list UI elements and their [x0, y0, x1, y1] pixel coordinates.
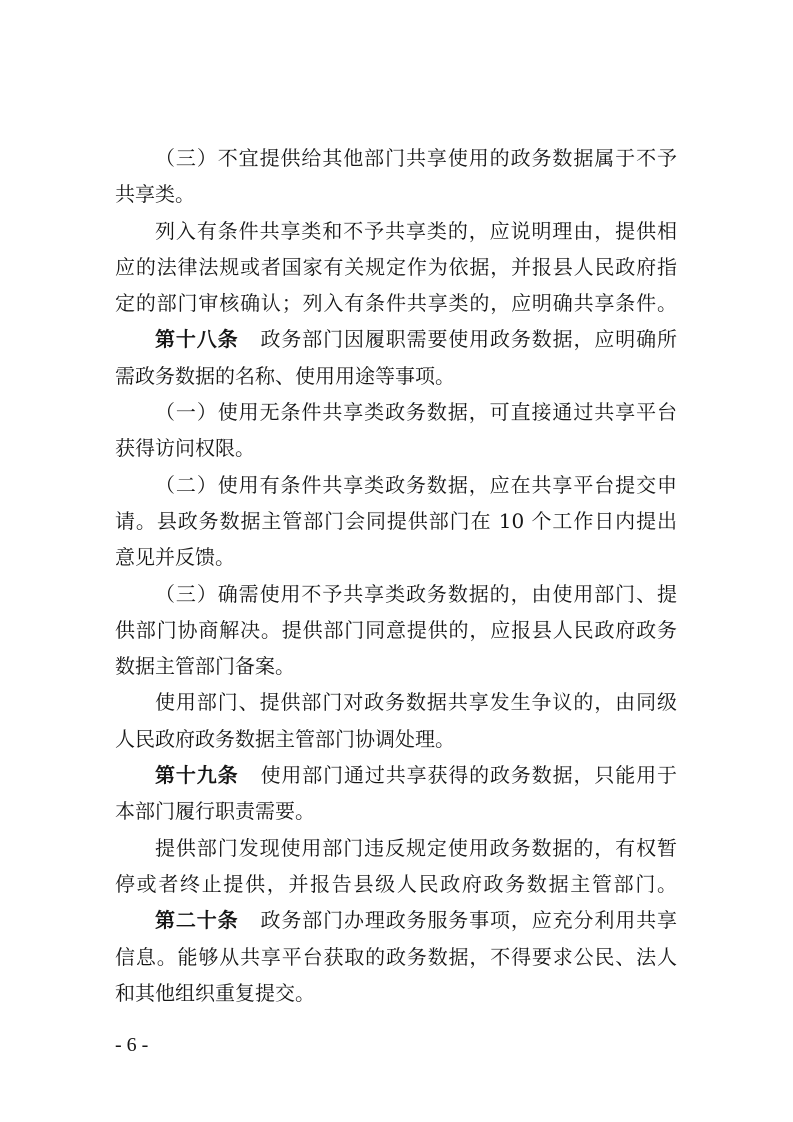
article-line: 第十八条政务部门因履职需要使用政务数据，应明确所: [115, 321, 677, 357]
text-line: 共享类。: [115, 176, 677, 212]
text-line: 和其他组织重复提交。: [115, 975, 677, 1011]
text-line: （一）使用无条件共享类政务数据，可直接通过共享平台: [115, 394, 677, 430]
text-line: 意见并反馈。: [115, 539, 677, 575]
article-text: 使用部门通过共享获得的政务数据，只能用于: [260, 763, 677, 787]
text-line: 需政务数据的名称、使用用途等事项。: [115, 358, 677, 394]
text-line: 定的部门审核确认；列入有条件共享类的，应明确共享条件。: [115, 285, 677, 321]
text-line: （三）确需使用不予共享类政务数据的，由使用部门、提: [115, 576, 677, 612]
text-line: （二）使用有条件共享类政务数据，应在共享平台提交申: [115, 467, 677, 503]
article-heading: 第二十条: [155, 908, 238, 932]
text-line: 列入有条件共享类和不予共享类的，应说明理由，提供相: [115, 213, 677, 249]
text-line: 信息。能够从共享平台获取的政务数据，不得要求公民、法人: [115, 939, 677, 975]
page-number: - 6 -: [115, 1030, 148, 1060]
document-body: （三）不宜提供给其他部门共享使用的政务数据属于不予 共享类。 列入有条件共享类和…: [115, 140, 677, 1011]
paragraph-dispute: 使用部门、提供部门对政务数据共享发生争议的，由同级 人民政府政务数据主管部门协调…: [115, 684, 677, 757]
paragraph-item-3-necessary: （三）确需使用不予共享类政务数据的，由使用部门、提 供部门协商解决。提供部门同意…: [115, 576, 677, 685]
text-line: 请。县政务数据主管部门会同提供部门在 10 个工作日内提出: [115, 503, 677, 539]
text-line: 本部门履行职责需要。: [115, 793, 677, 829]
article-line: 第十九条使用部门通过共享获得的政务数据，只能用于: [115, 757, 677, 793]
document-page: （三）不宜提供给其他部门共享使用的政务数据属于不予 共享类。 列入有条件共享类和…: [0, 0, 793, 1122]
text-line: 提供部门发现使用部门违反规定使用政务数据的，有权暂: [115, 830, 677, 866]
article-line: 第二十条政务部门办理政务服务事项，应充分利用共享: [115, 902, 677, 938]
article-text: 政务部门因履职需要使用政务数据，应明确所: [260, 327, 677, 351]
article-20: 第二十条政务部门办理政务服务事项，应充分利用共享 信息。能够从共享平台获取的政务…: [115, 902, 677, 1011]
text-line: 停或者终止提供，并报告县级人民政府政务数据主管部门。: [115, 866, 677, 902]
article-19: 第十九条使用部门通过共享获得的政务数据，只能用于 本部门履行职责需要。: [115, 757, 677, 830]
text-line: （三）不宜提供给其他部门共享使用的政务数据属于不予: [115, 140, 677, 176]
article-18: 第十八条政务部门因履职需要使用政务数据，应明确所 需政务数据的名称、使用用途等事…: [115, 321, 677, 394]
text-line: 数据主管部门备案。: [115, 648, 677, 684]
text-line: 应的法律法规或者国家有关规定作为依据，并报县人民政府指: [115, 249, 677, 285]
paragraph-item-1-unconditional: （一）使用无条件共享类政务数据，可直接通过共享平台 获得访问权限。: [115, 394, 677, 467]
text-line: 使用部门、提供部门对政务数据共享发生争议的，由同级: [115, 684, 677, 720]
paragraph-classification-reason: 列入有条件共享类和不予共享类的，应说明理由，提供相 应的法律法规或者国家有关规定…: [115, 213, 677, 322]
text-line: 人民政府政务数据主管部门协调处理。: [115, 721, 677, 757]
text-line: 获得访问权限。: [115, 430, 677, 466]
article-text: 政务部门办理政务服务事项，应充分利用共享: [260, 908, 677, 932]
text-line: 供部门协商解决。提供部门同意提供的，应报县人民政府政务: [115, 612, 677, 648]
paragraph-violation: 提供部门发现使用部门违反规定使用政务数据的，有权暂 停或者终止提供，并报告县级人…: [115, 830, 677, 903]
paragraph-item-3-not-shared: （三）不宜提供给其他部门共享使用的政务数据属于不予 共享类。: [115, 140, 677, 213]
paragraph-item-2-conditional: （二）使用有条件共享类政务数据，应在共享平台提交申 请。县政务数据主管部门会同提…: [115, 467, 677, 576]
article-heading: 第十九条: [155, 763, 238, 787]
article-heading: 第十八条: [155, 327, 238, 351]
